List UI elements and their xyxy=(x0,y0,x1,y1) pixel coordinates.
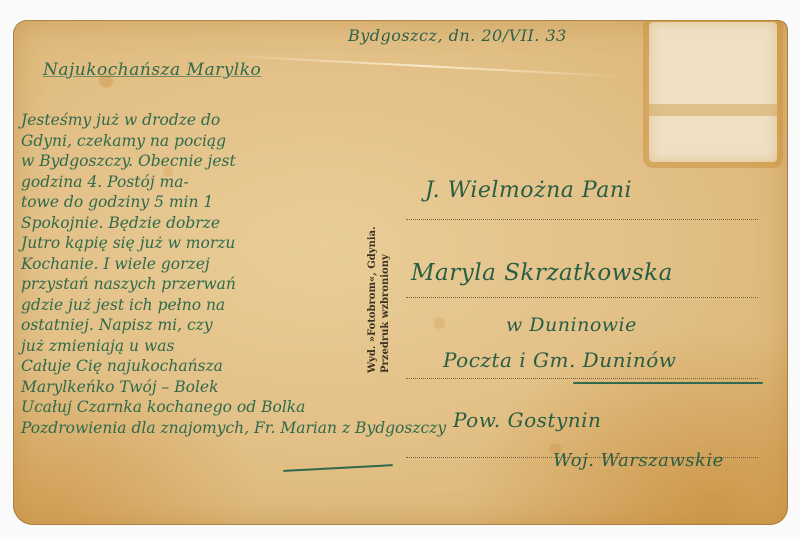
message-line: ostatniej. Napisz mi, czy xyxy=(21,315,421,336)
date-line: Bydgoszcz, dn. 20/VII. 33 xyxy=(348,26,567,45)
signoff-line: Marylkeńko Twój – Bolek xyxy=(21,377,421,398)
message-line: godzina 4. Postój ma- xyxy=(21,172,421,193)
address-rule xyxy=(406,378,758,379)
address-line-name: Maryla Skrzatkowska xyxy=(411,260,673,286)
address-rule xyxy=(406,219,758,220)
postcard-back: Bydgoszcz, dn. 20/VII. 33 Najukochańsza … xyxy=(13,20,788,525)
message-line: Całuje Cię najukochańsza xyxy=(21,356,421,377)
message-line: towe do godziny 5 min 1 xyxy=(21,192,421,213)
message-line: już zmieniają u was xyxy=(21,336,421,357)
message-line: Jutro kąpię się już w morzu xyxy=(21,233,421,254)
address-rule xyxy=(406,297,758,298)
printer-imprint-copyright: Przedruk wzbroniony xyxy=(379,153,392,373)
salutation: Najukochańsza Marylko xyxy=(43,60,261,80)
address-line-village: w Duninowie xyxy=(506,314,637,336)
stamp-residue-patch xyxy=(649,22,777,162)
message-body: Jesteśmy już w drodze do Gdyni, czekamy … xyxy=(21,110,421,438)
message-line: Jesteśmy już w drodze do xyxy=(21,110,421,131)
message-line: Kochanie. I wiele gorzej xyxy=(21,254,421,275)
address-line-honorific: J. Wielmożna Pani xyxy=(425,178,632,203)
message-line: Spokojnie. Będzie dobrze xyxy=(21,213,421,234)
message-line: w Bydgoszczy. Obecnie jest xyxy=(21,151,421,172)
address-line-post: Poczta i Gm. Duninów xyxy=(443,348,676,372)
printer-imprint: Wyd. »Fotobrom«, Gdynia. Przedruk wzbron… xyxy=(366,153,392,373)
address-line-province: Woj. Warszawskie xyxy=(553,450,724,471)
printer-imprint-publisher: Wyd. »Fotobrom«, Gdynia. xyxy=(366,153,379,373)
address-underline xyxy=(573,382,763,384)
message-line: Gdyni, czekamy na pociąg xyxy=(21,131,421,152)
message-line: gdzie już jest ich pełno na xyxy=(21,295,421,316)
signature-underline xyxy=(283,464,393,472)
signoff-line: Ucałuj Czarnka kochanego od Bolka xyxy=(21,397,421,418)
paper-crease xyxy=(213,54,633,78)
address-line-county: Pow. Gostynin xyxy=(453,408,601,432)
message-line: przystań naszych przerwań xyxy=(21,274,421,295)
signoff-line: Pozdrowienia dla znajomych, Fr. Marian z… xyxy=(21,418,421,439)
